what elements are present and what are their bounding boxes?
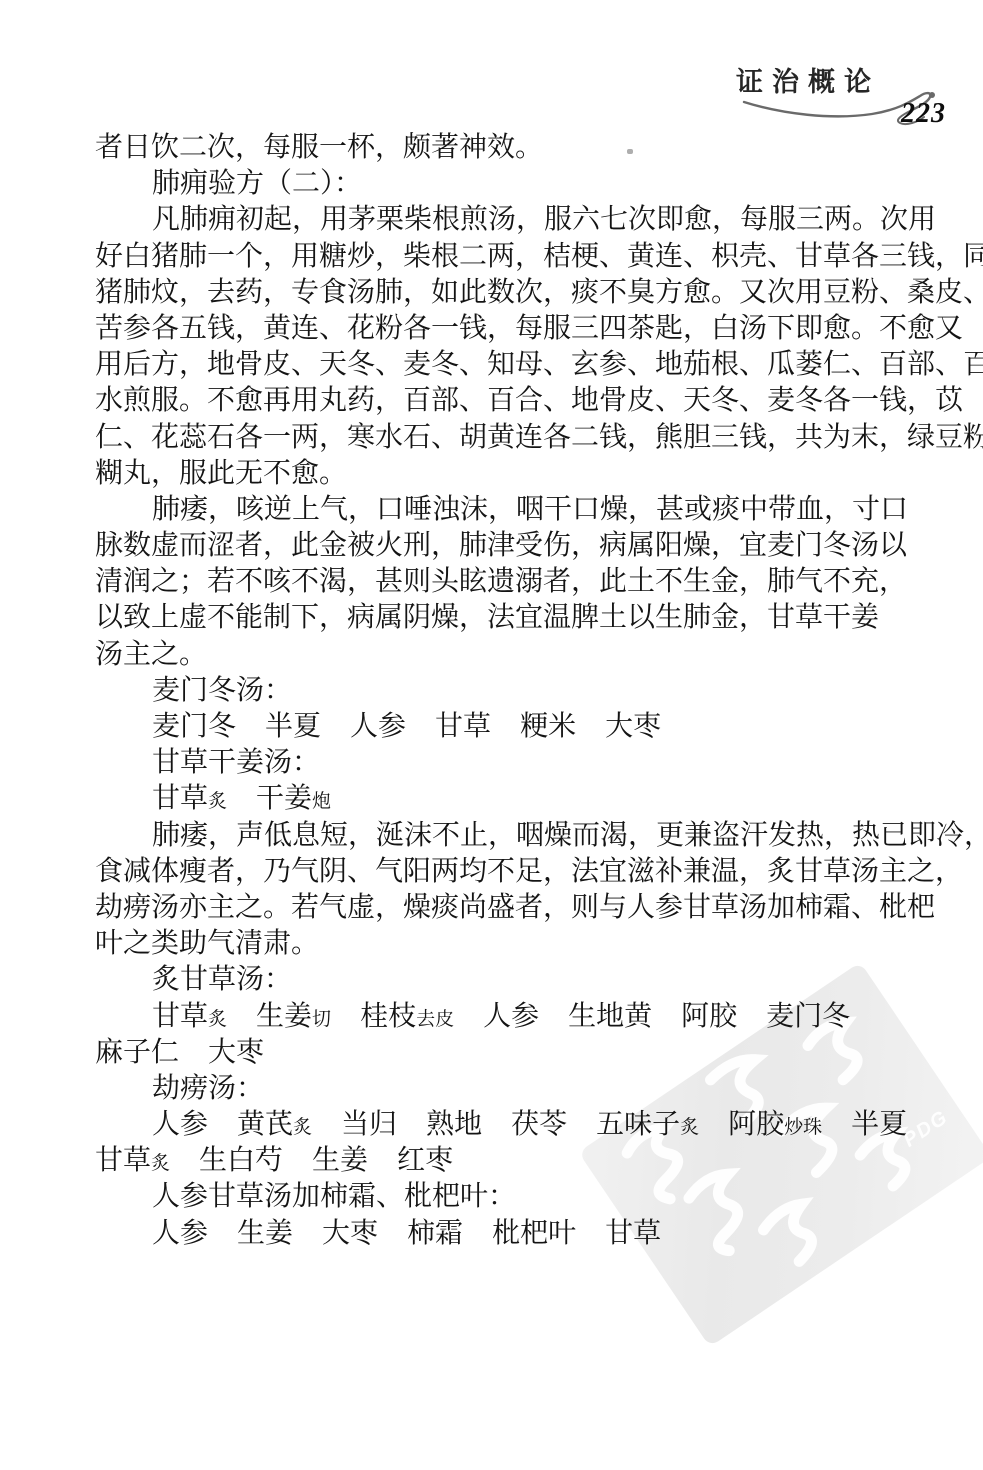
text-segment: 生地黄 bbox=[568, 1001, 652, 1032]
text-line: 叶之类助气清肃。 bbox=[95, 926, 900, 962]
text-line: 脉数虚而涩者，此金被火刑，肺津受伤，病属阳燥，宜麦门冬汤以 bbox=[95, 528, 900, 564]
text-segment: 肺痈验方（二）： bbox=[152, 168, 362, 199]
preparation-note: 炙 bbox=[208, 791, 227, 812]
text-line: 麦门冬半夏人参甘草粳米大枣 bbox=[95, 709, 900, 745]
preparation-note: 炙 bbox=[151, 1153, 170, 1174]
text-line: 甘草炙生白芍生姜红枣 bbox=[95, 1143, 900, 1179]
text-segment: 大枣 bbox=[605, 711, 661, 742]
text-segment: 脉数虚而涩者，此金被火刑，肺津受伤，病属阳燥，宜麦门冬汤以 bbox=[95, 530, 907, 561]
text-segment: 黄芪 bbox=[237, 1109, 293, 1140]
text-segment: 劫痨汤亦主之。若气虚，燥痰尚盛者，则与人参甘草汤加柿霜、枇杷 bbox=[95, 892, 935, 923]
text-segment: 人参 bbox=[350, 711, 406, 742]
text-line: 凡肺痈初起，用茅栗柴根煎汤，服六七次即愈，每服三两。次用 bbox=[95, 202, 900, 238]
preparation-note: 去皮 bbox=[416, 1009, 454, 1030]
text-line: 水煎服。不愈再用丸药，百部、百合、地骨皮、天冬、麦冬各一钱，苡 bbox=[95, 383, 900, 419]
text-segment: 叶之类助气清肃。 bbox=[95, 928, 319, 959]
text-segment: 人参 bbox=[152, 1109, 208, 1140]
text-line: 食减体瘦者，乃气阴、气阳两均不足，法宜滋补兼温，炙甘草汤主之， bbox=[95, 854, 900, 890]
text-line: 麦门冬汤： bbox=[95, 673, 900, 709]
text-segment: 茯苓 bbox=[511, 1109, 567, 1140]
text-segment: 肺痿，咳逆上气，口唾浊沫，咽干口燥，甚或痰中带血，寸口 bbox=[152, 494, 908, 525]
text-segment: 生白芍 bbox=[199, 1145, 283, 1176]
text-line: 人参甘草汤加柿霜、枇杷叶： bbox=[95, 1179, 900, 1215]
text-segment: 红枣 bbox=[397, 1145, 453, 1176]
text-segment: 半夏 bbox=[851, 1109, 907, 1140]
text-line: 炙甘草汤： bbox=[95, 962, 900, 998]
text-line: 清润之；若不咳不渴，甚则头眩遗溺者，此土不生金，肺气不充， bbox=[95, 564, 900, 600]
preparation-note: 炙 bbox=[293, 1117, 312, 1138]
text-segment: 大枣 bbox=[322, 1218, 378, 1249]
text-segment: 者日饮二次，每服一杯，颇著神效。 bbox=[95, 132, 543, 163]
text-segment: 熟地 bbox=[426, 1109, 482, 1140]
preparation-note: 炙 bbox=[680, 1117, 699, 1138]
text-segment: 阿胶 bbox=[728, 1109, 784, 1140]
text-segment: 桂枝 bbox=[360, 1001, 416, 1032]
text-line: 甘草干姜汤： bbox=[95, 745, 900, 781]
text-segment: 人参 bbox=[152, 1218, 208, 1249]
scanned-book-page: 证治概论 223 PDG 者日饮二次，每服一杯，颇著神效。肺痈验方（二） bbox=[0, 0, 983, 1470]
preparation-note: 炙 bbox=[208, 1009, 227, 1030]
preparation-note: 炮 bbox=[312, 791, 331, 812]
text-segment: 麦门冬 bbox=[766, 1001, 850, 1032]
text-line: 人参生姜大枣柿霜枇杷叶甘草 bbox=[95, 1216, 900, 1252]
text-segment: 以致上虚不能制下，病属阴燥，法宜温脾土以生肺金，甘草干姜 bbox=[95, 602, 879, 633]
text-line: 猪肺炆，去药，专食汤肺，如此数次，痰不臭方愈。又次用豆粉、桑皮、 bbox=[95, 275, 900, 311]
text-line: 肺痿，咳逆上气，口唾浊沫，咽干口燥，甚或痰中带血，寸口 bbox=[95, 492, 900, 528]
text-segment: 大枣 bbox=[208, 1037, 264, 1068]
text-line: 劫痨汤亦主之。若气虚，燥痰尚盛者，则与人参甘草汤加柿霜、枇杷 bbox=[95, 890, 900, 926]
text-line: 以致上虚不能制下，病属阴燥，法宜温脾土以生肺金，甘草干姜 bbox=[95, 600, 900, 636]
text-block: 者日饮二次，每服一杯，颇著神效。肺痈验方（二）：凡肺痈初起，用茅栗柴根煎汤，服六… bbox=[95, 130, 900, 1252]
text-line: 好白猪肺一个，用糖炒，柴根二两，桔梗、黄连、枳壳、甘草各三钱，同 bbox=[95, 239, 900, 275]
text-segment: 甘草干姜汤： bbox=[152, 747, 320, 778]
text-line: 劫痨汤： bbox=[95, 1071, 900, 1107]
text-line: 人参黄芪炙当归熟地茯苓五味子炙阿胶炒珠半夏 bbox=[95, 1107, 900, 1143]
text-segment: 人参甘草汤加柿霜、枇杷叶： bbox=[152, 1181, 516, 1212]
text-segment: 甘草 bbox=[152, 783, 208, 814]
text-line: 甘草炙生姜切桂枝去皮人参生地黄阿胶麦门冬 bbox=[95, 999, 900, 1035]
preparation-note: 切 bbox=[312, 1009, 331, 1030]
text-segment: 好白猪肺一个，用糖炒，柴根二两，桔梗、黄连、枳壳、甘草各三钱，同 bbox=[95, 241, 983, 272]
text-segment: 炙甘草汤： bbox=[152, 964, 292, 995]
text-segment: 柿霜 bbox=[407, 1218, 463, 1249]
text-segment: 食减体瘦者，乃气阴、气阳两均不足，法宜滋补兼温，炙甘草汤主之， bbox=[95, 856, 963, 887]
text-segment: 苦参各五钱，黄连、花粉各一钱，每服三四茶匙，白汤下即愈。不愈又 bbox=[95, 313, 963, 344]
text-line: 糊丸，服此无不愈。 bbox=[95, 456, 900, 492]
text-line: 肺痈验方（二）： bbox=[95, 166, 900, 202]
text-line: 甘草炙干姜炮 bbox=[95, 781, 900, 817]
text-segment: 麦门冬汤： bbox=[152, 675, 292, 706]
text-line: 肺痿，声低息短，涎沫不止，咽燥而渴，更兼盗汗发热，热已即冷， bbox=[95, 818, 900, 854]
text-line: 者日饮二次，每服一杯，颇著神效。 bbox=[95, 130, 900, 166]
text-segment: 半夏 bbox=[265, 711, 321, 742]
text-segment: 人参 bbox=[483, 1001, 539, 1032]
page-number: 223 bbox=[901, 98, 946, 130]
text-segment: 甘草 bbox=[605, 1218, 661, 1249]
text-segment: 清润之；若不咳不渴，甚则头眩遗溺者，此土不生金，肺气不充， bbox=[95, 566, 907, 597]
text-segment: 五味子 bbox=[596, 1109, 680, 1140]
text-line: 仁、花蕊石各一两，寒水石、胡黄连各二钱，熊胆三钱，共为末，绿豆粉 bbox=[95, 420, 900, 456]
text-segment: 猪肺炆，去药，专食汤肺，如此数次，痰不臭方愈。又次用豆粉、桑皮、 bbox=[95, 277, 983, 308]
text-line: 用后方，地骨皮、天冬、麦冬、知母、玄参、地茄根、瓜蒌仁、百部、百合， bbox=[95, 347, 900, 383]
text-segment: 麦门冬 bbox=[152, 711, 236, 742]
text-segment: 劫痨汤： bbox=[152, 1073, 264, 1104]
text-segment: 用后方，地骨皮、天冬、麦冬、知母、玄参、地茄根、瓜蒌仁、百部、百合， bbox=[95, 349, 983, 380]
text-segment: 甘草 bbox=[152, 1001, 208, 1032]
text-segment: 水煎服。不愈再用丸药，百部、百合、地骨皮、天冬、麦冬各一钱，苡 bbox=[95, 385, 963, 416]
text-line: 麻子仁大枣 bbox=[95, 1035, 900, 1071]
text-segment: 生姜 bbox=[312, 1145, 368, 1176]
text-segment: 生姜 bbox=[256, 1001, 312, 1032]
text-segment: 干姜 bbox=[256, 783, 312, 814]
text-segment: 凡肺痈初起，用茅栗柴根煎汤，服六七次即愈，每服三两。次用 bbox=[152, 204, 936, 235]
text-segment: 枇杷叶 bbox=[492, 1218, 576, 1249]
text-segment: 生姜 bbox=[237, 1218, 293, 1249]
text-segment: 阿胶 bbox=[681, 1001, 737, 1032]
preparation-note: 炒珠 bbox=[784, 1117, 822, 1138]
text-segment: 麻子仁 bbox=[95, 1037, 179, 1068]
text-segment: 甘草 bbox=[95, 1145, 151, 1176]
text-line: 苦参各五钱，黄连、花粉各一钱，每服三四茶匙，白汤下即愈。不愈又 bbox=[95, 311, 900, 347]
text-segment: 仁、花蕊石各一两，寒水石、胡黄连各二钱，熊胆三钱，共为末，绿豆粉 bbox=[95, 422, 983, 453]
text-segment: 甘草 bbox=[435, 711, 491, 742]
text-segment: 肺痿，声低息短，涎沫不止，咽燥而渴，更兼盗汗发热，热已即冷， bbox=[152, 820, 983, 851]
text-line: 汤主之。 bbox=[95, 637, 900, 673]
text-segment: 糊丸，服此无不愈。 bbox=[95, 458, 347, 489]
text-segment: 粳米 bbox=[520, 711, 576, 742]
text-segment: 当归 bbox=[341, 1109, 397, 1140]
text-segment: 汤主之。 bbox=[95, 639, 207, 670]
